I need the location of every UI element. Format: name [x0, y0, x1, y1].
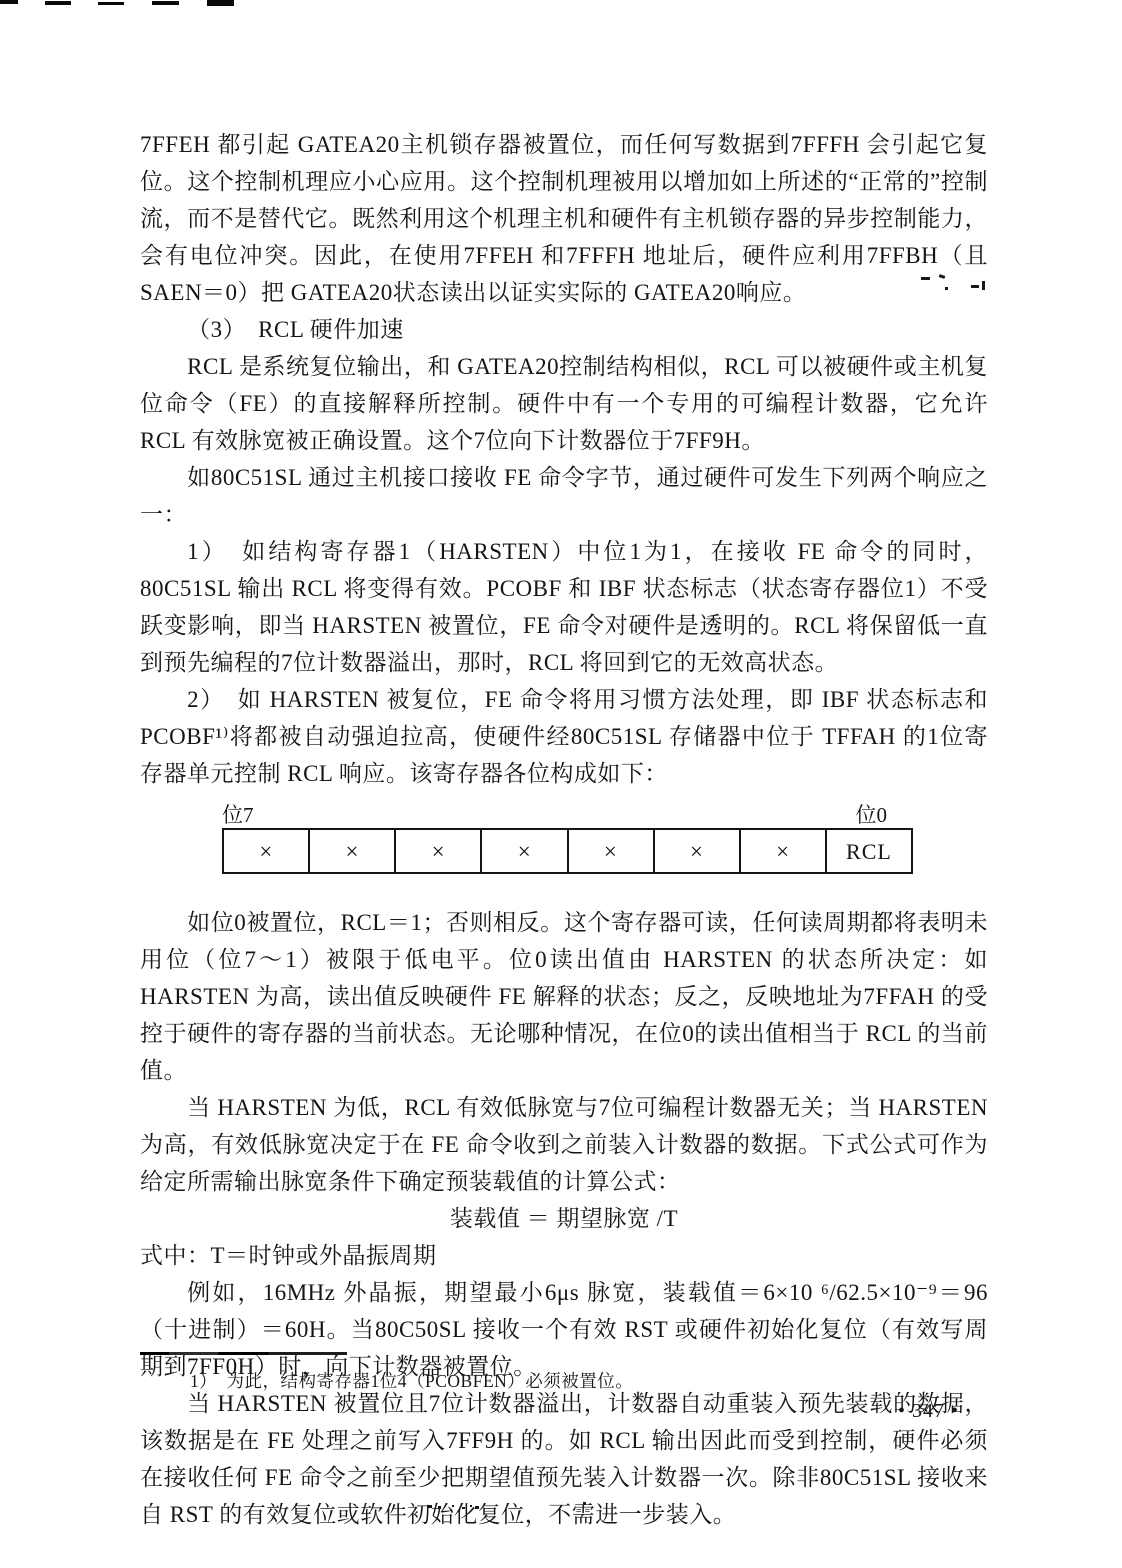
register-cell-bit0-rcl: RCL: [827, 830, 911, 872]
scan-speck: [583, 1502, 586, 1505]
paragraph-rcl-intro: RCL 是系统复位输出，和 GATEA20控制结构相似，RCL 可以被硬件或主机…: [140, 348, 988, 459]
heading-rcl-hardware-acceleration: （3） RCL 硬件加速: [140, 311, 988, 348]
register-cell-bit7: ×: [224, 830, 310, 872]
formula-load-value: 装载值 ＝ 期望脉宽 /T: [140, 1200, 988, 1237]
formula-where-clause: 式中：T＝时钟或外晶振周期: [140, 1237, 988, 1274]
scan-speck: [462, 1507, 465, 1509]
scan-smudge: [971, 285, 979, 288]
register-cell-bit2: ×: [655, 830, 741, 872]
scan-speck: [428, 1505, 432, 1508]
footnote-text: 1） 为此，结构寄存器1位4（PCOBFEN）必须被置位。: [140, 1368, 880, 1394]
scan-artifact-bar: [0, 0, 18, 4]
scan-artifact-bar: [152, 1, 179, 5]
scan-smudge: [921, 277, 930, 280]
paragraph-response-2: 2） 如 HARSTEN 被复位，FE 命令将用习惯方法处理，即 IBF 状态标…: [140, 681, 988, 792]
paragraph-harsten-set: 当 HARSTEN 被置位且7位计数器溢出，计数器自动重装入预先装载的数据，该数…: [140, 1385, 988, 1533]
register-cell-bit1: ×: [741, 830, 827, 872]
scan-speck: [470, 1505, 472, 1507]
paragraph-response-1: 1） 如结构寄存器1（HARSTEN）中位1为1，在接收 FE 命令的同时，80…: [140, 533, 988, 681]
register-bit-diagram: 位7 位0 × × × × × × × RCL: [222, 802, 913, 874]
scan-artifact-bar: [207, 0, 234, 6]
bit0-label: 位0: [856, 802, 888, 828]
scan-speck: [475, 1506, 479, 1509]
document-page: 7FFEH 都引起 GATEA20主机锁存器被置位，而任何写数据到7FFFH 会…: [0, 0, 1122, 1568]
paragraph-bit0-read: 如位0被置位，RCL＝1；否则相反。这个寄存器可读，任何读周期都将表明未用位（位…: [140, 904, 988, 1089]
page-number: • 347 •: [898, 1400, 959, 1423]
bit7-label: 位7: [222, 802, 254, 828]
scan-speck: [438, 1506, 441, 1509]
register-cell-bit3: ×: [569, 830, 655, 872]
paragraph-gatea20-control: 7FFEH 都引起 GATEA20主机锁存器被置位，而任何写数据到7FFFH 会…: [140, 126, 988, 311]
scan-speck: [452, 1505, 454, 1507]
paragraph-harsten-low: 当 HARSTEN 为低，RCL 有效低脉宽与7位可编程计数器无关；当 HARS…: [140, 1089, 988, 1200]
paragraph-fe-command-intro: 如80C51SL 通过主机接口接收 FE 命令字节，通过硬件可发生下列两个响应之…: [140, 459, 988, 533]
page-content: 7FFEH 都引起 GATEA20主机锁存器被置位，而任何写数据到7FFFH 会…: [140, 126, 988, 1533]
register-cell-bit4: ×: [482, 830, 568, 872]
scan-artifact-bar: [98, 2, 124, 5]
scan-smudge: [982, 281, 985, 290]
register-cells-row: × × × × × × × RCL: [222, 828, 913, 874]
scan-artifact-bar: [45, 1, 71, 5]
register-bit-labels: 位7 位0: [222, 802, 913, 828]
register-cell-bit6: ×: [310, 830, 396, 872]
footnote-divider: [140, 1352, 347, 1355]
scan-smudge: [945, 287, 948, 290]
register-cell-bit5: ×: [396, 830, 482, 872]
